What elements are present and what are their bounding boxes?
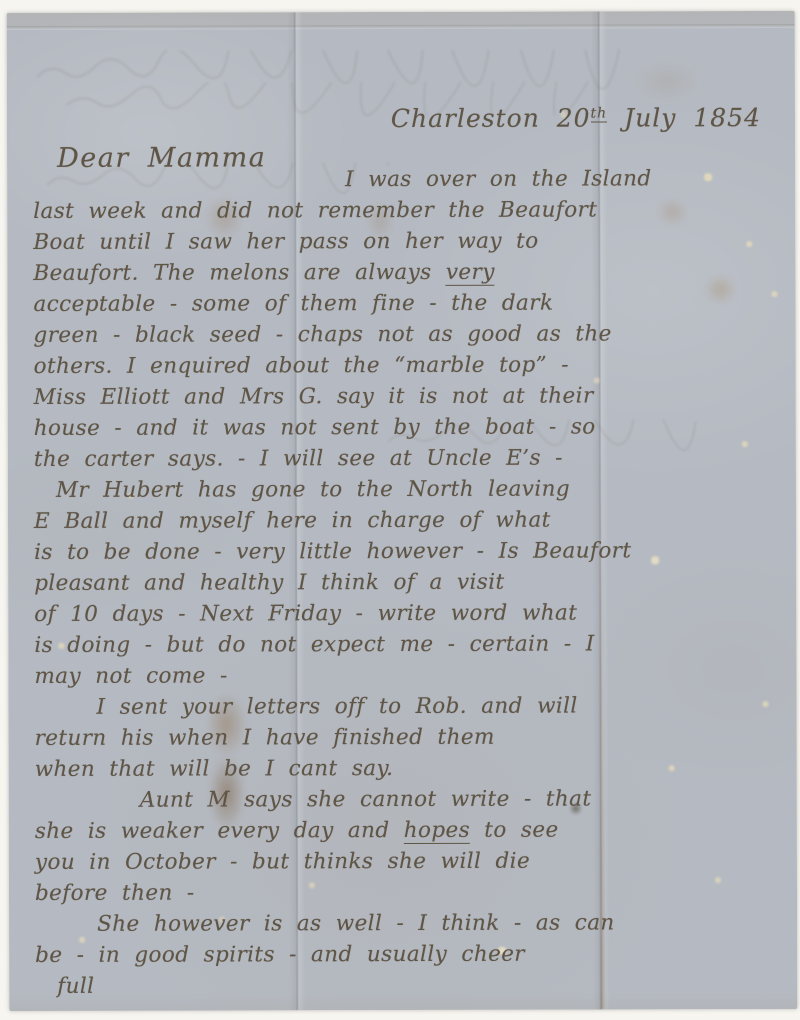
letter-body: I was over on the Islandlast week and di… (33, 163, 775, 1002)
letter-line: full (35, 969, 775, 1002)
letter-line: green - black seed - chaps not as good a… (33, 318, 773, 351)
letter-line: Aunt M says she cannot write - that (35, 783, 775, 816)
letter-line: Mr Hubert has gone to the North leaving (34, 473, 774, 506)
letter-line: is to be done - very little however - Is… (34, 535, 774, 568)
letter-line: she is weaker every day and hopes to see (35, 814, 775, 847)
letter-line: She however is as well - I think - as ca… (35, 907, 775, 940)
letter-line: before then - (35, 876, 775, 909)
letter-line: house - and it was not sent by the boat … (34, 411, 774, 444)
letter-line: Miss Elliott and Mrs G. say it is not at… (34, 380, 774, 413)
foxing-spots (7, 13, 9, 15)
letter-line: when that will be I cant say. (35, 752, 775, 785)
letter-line: last week and did not remember the Beauf… (33, 194, 773, 227)
dateline-ordinal: th (591, 105, 608, 122)
underlined-word: hopes (404, 818, 470, 844)
letter-line: Beaufort. The melons are always very (33, 256, 773, 289)
underlined-word: very (446, 260, 495, 286)
letter-line: may not come - (34, 659, 774, 692)
letter-line: I sent your letters off to Rob. and will (34, 690, 774, 723)
letter-line: you in October - but thinks she will die (35, 845, 775, 878)
letter-line: of 10 days - Next Friday - write word wh… (34, 597, 774, 630)
horizontal-fold-crease (7, 24, 795, 30)
letter-line: I was over on the Island (33, 163, 773, 196)
letter-line: be - in good spirits - and usually cheer (35, 938, 775, 971)
letter-line: Boat until I saw her pass on her way to (33, 225, 773, 258)
letter-page: Charleston 20th July 1854 Dear Mamma I w… (7, 11, 798, 1011)
letter-line: is doing - but do not expect me - certai… (34, 628, 774, 661)
letter-line: acceptable - some of them fine - the dar… (33, 287, 773, 320)
letter-line: pleasant and healthy I think of a visit (34, 566, 774, 599)
dateline-place: Charleston (391, 104, 540, 133)
dateline-day: 20th (557, 103, 608, 132)
letter-line: the carter says. - I will see at Uncle E… (34, 442, 774, 475)
dateline: Charleston 20th July 1854 (391, 103, 761, 133)
letter-line: return his when I have finished them (35, 721, 775, 754)
letter-line: E Ball and myself here in charge of what (34, 504, 774, 537)
letter-line: others. I enquired about the “marble top… (34, 349, 774, 382)
dateline-month-year: July 1854 (624, 103, 761, 132)
